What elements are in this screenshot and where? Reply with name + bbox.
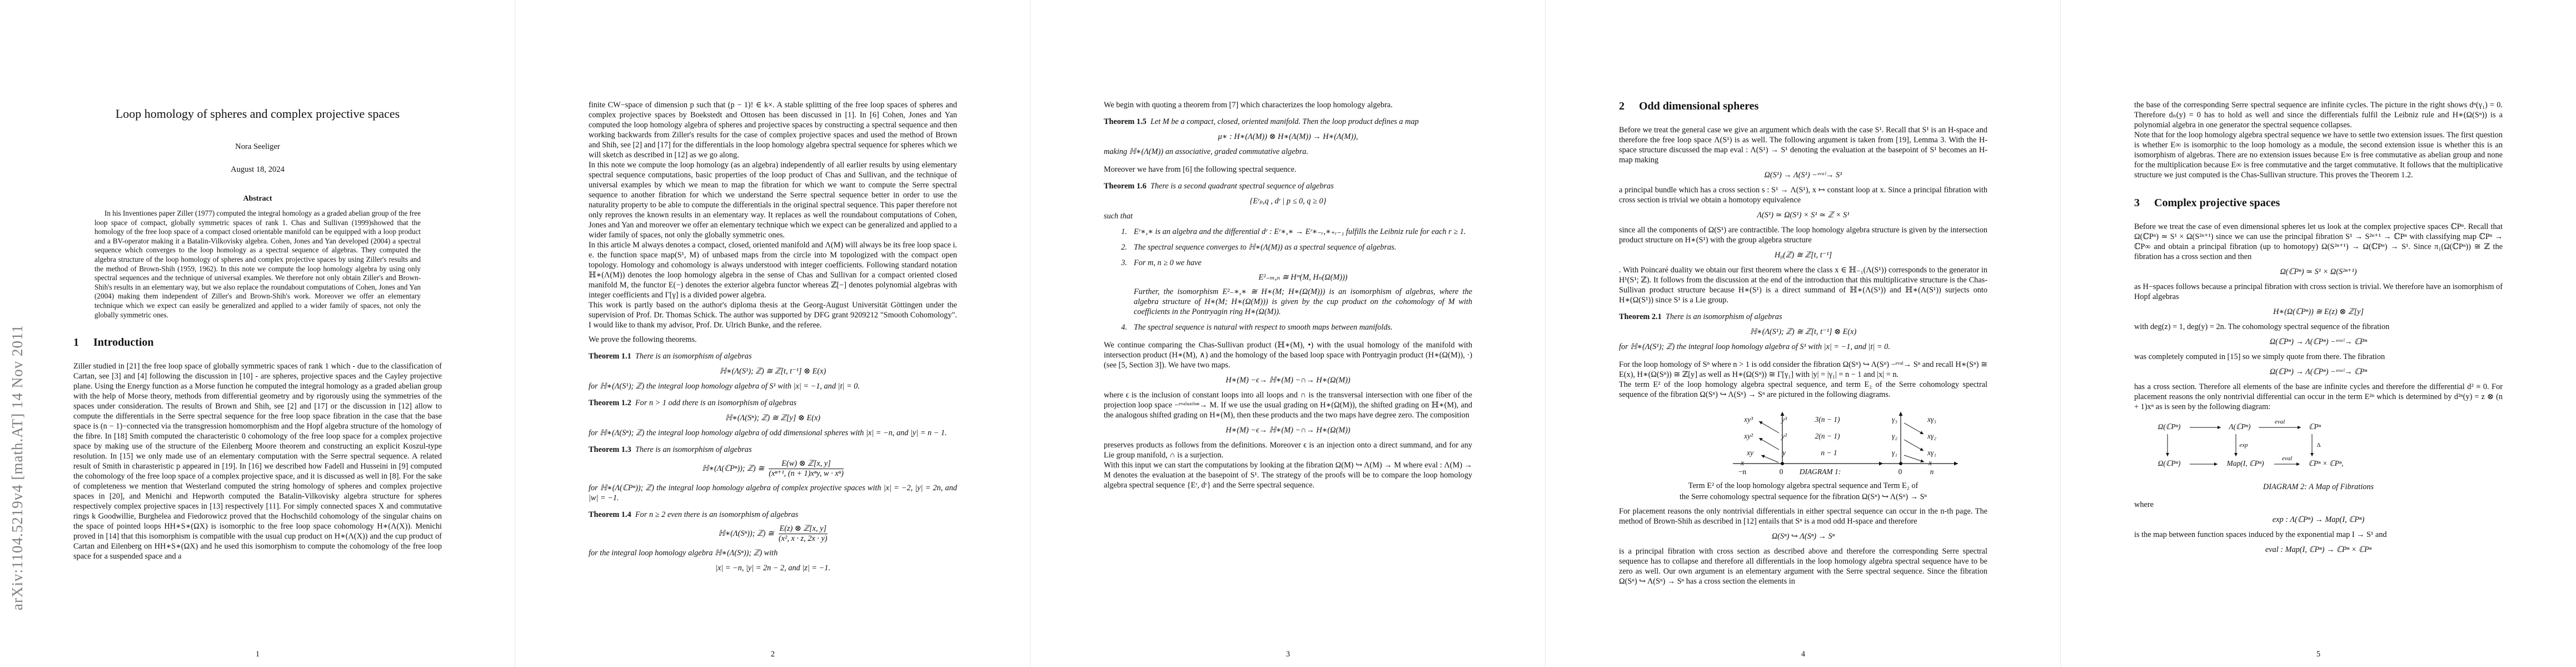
- equation-item-3: E²₋ₘ,ₙ ≅ Hᵐ(M, Hₙ(Ω(M))): [1134, 272, 1472, 282]
- item-text: Eʳ∗,∗ is an algebra and the differential…: [1134, 227, 1472, 237]
- pdf-sheet: arXiv:1104.5219v4 [math.AT] 14 Nov 2011 …: [0, 0, 2576, 667]
- d1-left-degree-1: n − 1: [1821, 449, 1837, 457]
- page-number-3: 3: [1104, 650, 1472, 659]
- theorem-1-2: Theorem 1.2 For n > 1 odd there is an is…: [589, 398, 957, 408]
- d1-right-cell-xg2: xγ₂: [1927, 432, 1936, 441]
- diagram-2-caption: DIAGRAM 2: A Map of Fibrations: [2134, 482, 2503, 492]
- equation-thm-1-4-lhs: ℍ∗(Λ(Sⁿ)); ℤ) ≅: [718, 529, 774, 539]
- theorem-1-2-label: Theorem 1.2: [589, 399, 631, 407]
- fraction-denominator: (x², x · z, 2x · y): [779, 534, 828, 544]
- p3-where: where ϵ is the inclusion of constant loo…: [1104, 390, 1472, 420]
- p5-equation-6: eval : Map(I, ℂPⁿ) → ℂPⁿ × ℂPⁿ: [2134, 545, 2503, 555]
- d1-right-cell-g3: γ₃: [1892, 415, 1897, 424]
- d2-r1-eval-label: eval: [2275, 419, 2285, 425]
- theorem-1-3-tail: for ℍ∗(Λ(ℂPⁿ)); ℤ) the integral loop hom…: [589, 483, 957, 503]
- item-number: 4.: [1112, 322, 1127, 332]
- diagram-1: xy³ xy² xy y³ y² y x 3(n − 1) 2(n − 1) n…: [1619, 406, 1987, 480]
- p4-paragraph-7: For placement reasons the only nontrivia…: [1619, 506, 1987, 526]
- theorem-1-6-label: Theorem 1.6: [1104, 182, 1147, 191]
- p5-paragraph-8: is the map between function spaces induc…: [2134, 530, 2503, 540]
- p4-equation-2: Λ(S¹) ≃ Ω(S¹) × S¹ ≃ ℤ × S¹: [1619, 210, 1987, 220]
- p4-paragraph-3: since all the components of Ω(S¹) are co…: [1619, 225, 1987, 245]
- equation-thm-1-3: ℍ∗(Λ(ℂPⁿ)); ℤ) ≅ E(w) ⊗ ℤ[x, y](xⁿ⁺¹, (n…: [589, 459, 957, 479]
- p4-paragraph-5: For the loop homology of Sⁿ where n > 1 …: [1619, 360, 1987, 380]
- section-3-number: 3: [2134, 197, 2140, 209]
- item-number: 3.: [1112, 258, 1127, 317]
- page-number-5: 5: [2134, 650, 2503, 659]
- p4-paragraph-2: a principal bundle which has a cross sec…: [1619, 185, 1987, 205]
- item-number: 2.: [1112, 242, 1127, 252]
- p5-equation-4: Ω(ℂPⁿ) → Λ(ℂPⁿ) −ᵉᵛᵃˡ→ ℂPⁿ: [2134, 367, 2503, 377]
- section-2-heading: 2Odd dimensional spheres: [1619, 100, 1987, 113]
- d1-right-cell-x: x: [1929, 459, 1932, 467]
- d2-r1-lambda: Λ(ℂPⁿ): [2229, 422, 2250, 431]
- theorem-1-6: Theorem 1.6 There is a second quadrant s…: [1104, 181, 1472, 191]
- theorem-2-1: Theorem 2.1 There is an isomorphism of a…: [1619, 312, 1987, 322]
- page-3: We begin with quoting a theorem from [7]…: [1030, 0, 1546, 667]
- fraction-numerator: E(z) ⊗ ℤ[x, y]: [779, 524, 828, 534]
- d1-left-cell-y: y: [1782, 449, 1786, 457]
- theorem-1-6-statement: There is a second quadrant spectral sequ…: [1150, 182, 1334, 191]
- diagram-2: Ω(ℂPⁿ) Λ(ℂPⁿ) ℂPⁿ eval exp Δ Ω(ℂPⁿ) Map(…: [2134, 417, 2503, 475]
- section-3-heading: 3Complex projective spaces: [2134, 197, 2503, 210]
- paper-author: Nora Seeliger: [73, 142, 442, 152]
- p2-paragraph-3: In this article M always denotes a compa…: [589, 240, 957, 300]
- theorem-2-1-label: Theorem 2.1: [1619, 312, 1662, 321]
- p2-paragraph-1: finite CW−space of dimension p such that…: [589, 100, 957, 160]
- d1-right-cell-g1: γ₁: [1892, 449, 1897, 457]
- d1-right-tick-0: 0: [1899, 467, 1902, 476]
- theorem-1-2-tail: for ℍ∗(Λ(Sⁿ); ℤ) the integral loop homol…: [589, 428, 957, 438]
- diagram-1-caption-line-2: the Serre cohomology spectral sequence f…: [1619, 492, 1987, 502]
- p4-equation-4: Ω(Sⁿ) ↪ Λ(Sⁿ) → Sⁿ: [1619, 531, 1987, 541]
- d1-left-cell-xy2: xy²: [1744, 432, 1753, 441]
- theorem-1-2-statement: For n > 1 odd there is an isomorphism of…: [635, 399, 796, 407]
- section-1-heading: 1Introduction: [73, 336, 442, 349]
- section-3-title: Complex projective spaces: [2154, 197, 2280, 209]
- p3-preserves: preserves products as follows from the d…: [1104, 440, 1472, 460]
- equation-maps-2: H∗(M) −ϵ→ ℍ∗(M) −∩→ H∗(Ω(M)): [1104, 425, 1472, 435]
- d1-left-tick-neg-n: −n: [1738, 467, 1746, 476]
- section-2-title: Odd dimensional spheres: [1639, 100, 1758, 112]
- d1-left-cell-x: x: [1741, 459, 1744, 467]
- d2-exp-label: exp: [2239, 442, 2248, 449]
- fraction: E(z) ⊗ ℤ[x, y](x², x · z, 2x · y): [779, 524, 828, 544]
- page-number-4: 4: [1619, 650, 1987, 659]
- fraction: E(w) ⊗ ℤ[x, y](xⁿ⁺¹, (n + 1)xⁿy, w · xⁿ): [769, 459, 844, 479]
- theorem-1-1-tail: for ℍ∗(Λ(S¹); ℤ) the integral loop homol…: [589, 381, 957, 391]
- p5-paragraph-5: with deg(z) = 1, deg(y) = 2n. The cohomo…: [2134, 322, 2503, 332]
- p4-equation-1: Ω(S¹) → Λ(S¹) −ᵉᵛᵃˡ→ S¹: [1619, 170, 1987, 180]
- equation-thm-1-5: μ∗ : H∗(Λ(M)) ⊗ H∗(Λ(M)) → H∗(Λ(M)),: [1104, 132, 1472, 142]
- item-number: 1.: [1112, 227, 1127, 237]
- arxiv-watermark: arXiv:1104.5219v4 [math.AT] 14 Nov 2011: [9, 325, 26, 610]
- p3-continue: We continue comparing the Chas-Sullivan …: [1104, 340, 1472, 370]
- p4-paragraph-1: Before we treat the general case we give…: [1619, 125, 1987, 165]
- p2-paragraph-4: This work is partly based on the author'…: [589, 300, 957, 330]
- d2-r2-eval-label: eval: [2282, 455, 2292, 462]
- theorem-2-1-statement: There is an isomorphism of algebras: [1666, 312, 1782, 321]
- p2-paragraph-5: We prove the following theorems.: [589, 335, 957, 345]
- d1-left-cell-y2: y²: [1781, 432, 1787, 441]
- p5-where: where: [2134, 500, 2503, 510]
- d1-left-cell-xy: xy: [1747, 449, 1753, 457]
- fraction-denominator: (xⁿ⁺¹, (n + 1)xⁿy, w · xⁿ): [769, 469, 844, 479]
- equation-thm-2-1: ℍ∗(Λ(S¹); ℤ) ≅ ℤ[t, t⁻¹] ⊗ E(x): [1619, 327, 1987, 337]
- p5-equation-5: exp : Λ(ℂPⁿ) → Map(I, ℂPⁿ): [2134, 515, 2503, 525]
- section-1-number: 1: [73, 336, 79, 349]
- equation-thm-1-4-degrees: |x| = −n, |y| = 2n − 2, and |z| = −1.: [589, 563, 957, 573]
- section-2-number: 2: [1619, 100, 1625, 112]
- d2-r1-cpn: ℂPⁿ: [2309, 422, 2321, 431]
- p5-paragraph-6: was completely computed in [15] so we si…: [2134, 352, 2503, 362]
- theorem-1-6-item-4: 4.The spectral sequence is natural with …: [1112, 322, 1472, 332]
- d1-right-cell-xg3: xγ₃: [1927, 415, 1936, 424]
- paper-date: August 18, 2024: [73, 165, 442, 175]
- d1-left-degree-3: 3(n − 1): [1815, 415, 1840, 424]
- theorem-1-3-label: Theorem 1.3: [589, 445, 631, 454]
- item-text: The spectral sequence is natural with re…: [1134, 322, 1472, 332]
- p5-paragraph-3: Before we treat the case of even dimensi…: [2134, 222, 2503, 262]
- page-2: finite CW−space of dimension p such that…: [515, 0, 1030, 667]
- diagram-1-label: DIAGRAM 1:: [1800, 467, 1841, 476]
- theorem-1-6-item-1: 1.Eʳ∗,∗ is an algebra and the differenti…: [1112, 227, 1472, 237]
- theorem-2-1-tail: for ℍ∗(Λ(S¹); ℤ) the integral loop homol…: [1619, 342, 1987, 352]
- d1-left-cell-xy3: xy³: [1744, 415, 1753, 424]
- d1-right-cell-xg1: xγ₁: [1927, 449, 1936, 457]
- theorem-1-4-statement: For n ≥ 2 even there is an isomorphism o…: [635, 510, 798, 519]
- item-3-further: Further, the isomorphism E²₋∗,∗ ≅ H∗(M; …: [1134, 287, 1472, 316]
- theorem-1-1-statement: There is an isomorphism of algebras: [635, 352, 752, 361]
- d2-r2-cpn-x-cpn: ℂPⁿ × ℂPⁿ,: [2308, 459, 2343, 468]
- page-number-2: 2: [589, 650, 957, 659]
- d1-left-tick-0: 0: [1780, 467, 1783, 476]
- p5-paragraph-2: Note that for the loop homology algebra …: [2134, 130, 2503, 180]
- p5-equation-2: H∗(Ω(ℂPⁿ)) ≅ E(z) ⊗ ℤ[y]: [2134, 307, 2503, 317]
- theorem-1-6-item-2: 2.The spectral sequence converges to ℍ∗(…: [1112, 242, 1472, 252]
- d2-r2-omega: Ω(ℂPⁿ): [2158, 459, 2181, 468]
- d1-right-tick-n: n: [1930, 467, 1934, 476]
- p3-lead: We begin with quoting a theorem from [7]…: [1104, 100, 1472, 110]
- theorem-1-1: Theorem 1.1 There is an isomorphism of a…: [589, 351, 957, 361]
- p5-equation-1: Ω(ℂPⁿ) ≃ S¹ × Ω(S²ⁿ⁺¹): [2134, 267, 2503, 277]
- equation-thm-1-1: ℍ∗(Λ(S¹); ℤ) ≅ ℤ[t, t⁻¹] ⊗ E(x): [589, 366, 957, 376]
- p5-paragraph-7: has a cross section. Therefore all eleme…: [2134, 382, 2503, 412]
- theorem-1-5: Theorem 1.5 Let M be a compact, closed, …: [1104, 117, 1472, 127]
- p3-withthis: With this input we can start the computa…: [1104, 460, 1472, 490]
- item-text: The spectral sequence converges to ℍ∗(Λ(…: [1134, 242, 1472, 252]
- p3-moreover: Moreover we have from [6] the following …: [1104, 165, 1472, 175]
- equation-thm-1-4: ℍ∗(Λ(Sⁿ)); ℤ) ≅ E(z) ⊗ ℤ[x, y](x², x · z…: [589, 524, 957, 544]
- d1-right-cell-g2: γ₂: [1892, 432, 1897, 441]
- p5-paragraph-4: as H−spaces follows because a principal …: [2134, 282, 2503, 302]
- paper-title: Loop homology of spheres and complex pro…: [73, 107, 442, 121]
- page-5: the base of the corresponding Serre spec…: [2061, 0, 2576, 667]
- theorem-1-6-suchthat: such that: [1104, 211, 1472, 221]
- theorem-1-5-statement: Let M be a compact, closed, oriented man…: [1150, 117, 1419, 126]
- intro-paragraph: Ziller studied in [21] the free loop spa…: [73, 361, 442, 561]
- theorem-1-4: Theorem 1.4 For n ≥ 2 even there is an i…: [589, 510, 957, 520]
- p4-paragraph-8: is a principal fibration with cross sect…: [1619, 546, 1987, 586]
- d1-left-degree-2: 2(n − 1): [1815, 432, 1840, 441]
- item-3-lead: For m, n ≥ 0 we have: [1134, 258, 1202, 267]
- p5-paragraph-1: the base of the corresponding Serre spec…: [2134, 100, 2503, 130]
- abstract-heading: Abstract: [73, 195, 442, 203]
- p2-paragraph-2: In this note we compute the loop homolog…: [589, 160, 957, 240]
- page-number-1: 1: [73, 650, 442, 659]
- theorem-1-6-item-3: 3.For m, n ≥ 0 we haveE²₋ₘ,ₙ ≅ Hᵐ(M, Hₙ(…: [1112, 258, 1472, 317]
- p5-equation-3: Ω(ℂPⁿ) → Λ(ℂPⁿ) −ᵉᵛᵃˡ→ ℂPⁿ: [2134, 337, 2503, 347]
- equation-thm-1-3-lhs: ℍ∗(Λ(ℂPⁿ)); ℤ) ≅: [702, 464, 764, 474]
- fraction-numerator: E(w) ⊗ ℤ[x, y]: [769, 459, 844, 469]
- p4-paragraph-4: . With Poincaré duality we obtain our fi…: [1619, 265, 1987, 305]
- p4-equation-3: H₀(ℤ) ≅ ℤ[t, t⁻¹]: [1619, 250, 1987, 260]
- page-4: 2Odd dimensional spheres Before we treat…: [1546, 0, 2061, 667]
- theorem-1-4-label: Theorem 1.4: [589, 510, 631, 519]
- equation-thm-1-6: {Eʳₚ,q , dʳ | p ≤ 0, q ≥ 0}: [1104, 196, 1472, 206]
- page-1: arXiv:1104.5219v4 [math.AT] 14 Nov 2011 …: [0, 0, 515, 667]
- d2-delta-label: Δ: [2316, 442, 2320, 449]
- theorem-1-3: Theorem 1.3 There is an isomorphism of a…: [589, 445, 957, 455]
- d1-left-cell-y3: y³: [1781, 415, 1787, 424]
- p4-paragraph-6: The term E² of the loop homology algebra…: [1619, 380, 1987, 400]
- diagram-1-caption-line-1: Term E² of the loop homology algebra spe…: [1619, 481, 1987, 491]
- d2-r2-map: Map(I, ℂPⁿ): [2227, 459, 2264, 468]
- abstract-text: In his Inventiones paper Ziller (1977) c…: [94, 209, 421, 320]
- equation-thm-1-2: ℍ∗(Λ(Sⁿ); ℤ) ≅ ℤ[y] ⊗ E(x): [589, 413, 957, 423]
- d2-r1-omega: Ω(ℂPⁿ): [2158, 422, 2181, 431]
- item-text: For m, n ≥ 0 we haveE²₋ₘ,ₙ ≅ Hᵐ(M, Hₙ(Ω(…: [1134, 258, 1472, 317]
- theorem-1-5-label: Theorem 1.5: [1104, 117, 1147, 126]
- section-1-title: Introduction: [93, 336, 154, 349]
- theorem-1-5-tail: making ℍ∗(Λ(M)) an associative, graded c…: [1104, 147, 1472, 157]
- equation-maps-1: H∗(M) −ϵ→ ℍ∗(M) −∩→ H∗(Ω(M)): [1104, 375, 1472, 385]
- theorem-1-4-tail: for the integral loop homology algebra ℍ…: [589, 548, 957, 558]
- theorem-1-3-statement: There is an isomorphism of algebras: [635, 445, 752, 454]
- theorem-1-1-label: Theorem 1.1: [589, 352, 631, 361]
